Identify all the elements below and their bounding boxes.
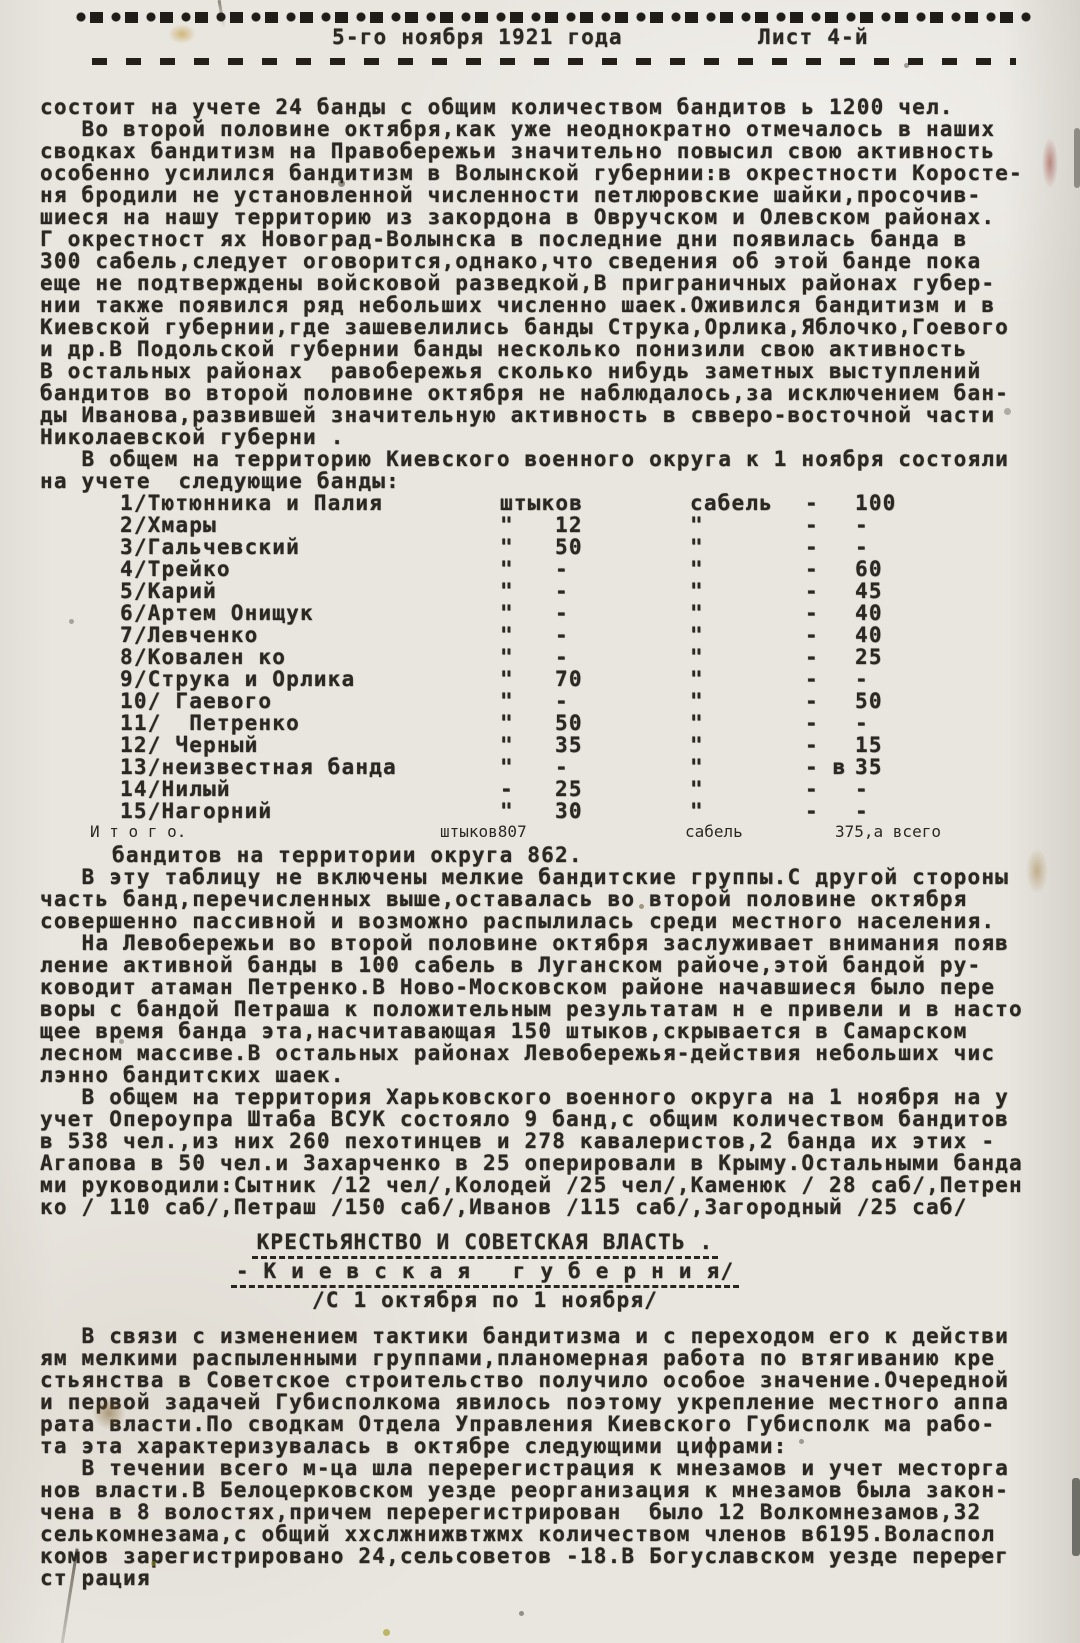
band-row: 2/Хмары"12"-- bbox=[40, 514, 1054, 536]
band-cell: " bbox=[500, 756, 555, 778]
band-cell: " bbox=[500, 514, 555, 536]
totals-sabres-value: 375,а всего bbox=[835, 822, 941, 841]
band-cell: 100 bbox=[855, 492, 1054, 514]
band-cell: 15 bbox=[855, 734, 1054, 756]
band-cell: 70 bbox=[555, 668, 690, 690]
band-cell: 30 bbox=[555, 800, 690, 822]
band-cell: " bbox=[500, 668, 555, 690]
band-cell: - bbox=[805, 668, 855, 690]
band-row: 6/Артем Онищук"-"-40 bbox=[40, 602, 1054, 624]
text-line: и др.В Подольской губернии банды несколь… bbox=[40, 338, 1054, 360]
band-cell: - bbox=[555, 558, 690, 580]
band-cell: " bbox=[500, 646, 555, 668]
text-line: в 538 чел.,из них 260 пехотинцев и 278 к… bbox=[40, 1130, 1054, 1152]
band-cell: " bbox=[690, 778, 805, 800]
band-cell: 45 bbox=[855, 580, 1054, 602]
band-name: 5/Карий bbox=[120, 580, 500, 602]
band-cell: 60 bbox=[855, 558, 1054, 580]
text-line: еще не подтверждены войсковой разведкой,… bbox=[40, 272, 1054, 294]
band-cell: " bbox=[500, 690, 555, 712]
band-row: 12/ Черный"35"-15 bbox=[40, 734, 1054, 756]
band-row: 1/Тютюнника и Палияштыковсабель-100 bbox=[40, 492, 1054, 514]
text-line: нов власти.В Белоцерковском уезде реорга… bbox=[40, 1479, 1054, 1501]
band-cell: 50 bbox=[855, 690, 1054, 712]
heading-title-text: КРЕСТЬЯНСТВО И СОВЕТСКАЯ ВЛАСТЬ . bbox=[252, 1230, 719, 1259]
band-cell: - bbox=[805, 646, 855, 668]
band-cell: 50 bbox=[555, 712, 690, 734]
band-name: 7/Левченко bbox=[120, 624, 500, 646]
text-line: Во второй половине октября,как уже неодн… bbox=[40, 118, 1054, 140]
band-cell: - bbox=[805, 558, 855, 580]
band-name: 11/ Петренко bbox=[120, 712, 500, 734]
sheet-number: Лист 4-й bbox=[758, 26, 869, 48]
band-cell: 12 bbox=[555, 514, 690, 536]
band-cell: сабель bbox=[690, 492, 805, 514]
text-line: комов зарегистрировано 24,сельсоветов -1… bbox=[40, 1545, 1054, 1567]
band-cell: - в bbox=[805, 756, 855, 778]
band-cell: - bbox=[855, 778, 1054, 800]
band-cell: " bbox=[500, 558, 555, 580]
text-line: ды Иванова,развившей значительную активн… bbox=[40, 404, 1054, 426]
band-name: 15/Нагорний bbox=[120, 800, 500, 822]
band-cell: - bbox=[855, 536, 1054, 558]
band-cell: - bbox=[555, 580, 690, 602]
band-name: 8/Ковален ко bbox=[120, 646, 500, 668]
band-cell: штыков bbox=[500, 492, 555, 514]
text-line: лесном массиве.В остальных районах Левоб… bbox=[40, 1042, 1054, 1064]
band-row: 14/Нилый-25"-- bbox=[40, 778, 1054, 800]
text-line: совершенно пассивной и возможно распылил… bbox=[40, 910, 1054, 932]
text-line: ление активной банды в 100 сабель в Луга… bbox=[40, 954, 1054, 976]
text-line: сводках бандитизм на Правобережьи значит… bbox=[40, 140, 1054, 162]
report-date: 5-го ноября 1921 года bbox=[332, 26, 623, 48]
band-cell: 25 bbox=[555, 778, 690, 800]
band-cell: - bbox=[555, 756, 690, 778]
band-cell: - bbox=[855, 668, 1054, 690]
band-cell: 40 bbox=[855, 602, 1054, 624]
text-line: состоит на учете 24 банды с общим количе… bbox=[40, 96, 1054, 118]
text-line: 300 сабель,следует оговорится,однако,что… bbox=[40, 250, 1054, 272]
band-name: 14/Нилый bbox=[120, 778, 500, 800]
band-cell: " bbox=[690, 624, 805, 646]
band-cell: " bbox=[500, 536, 555, 558]
band-cell: " bbox=[690, 668, 805, 690]
text-line: рата власти.По сводкам Отдела Управления… bbox=[40, 1413, 1054, 1435]
text-line: ководит атаман Петренко.В Ново-Московско… bbox=[40, 976, 1054, 998]
paragraph-intro: состоит на учете 24 банды с общим количе… bbox=[40, 96, 1054, 118]
band-cell: - bbox=[805, 734, 855, 756]
text-line: В связи с изменением тактики бандитизма … bbox=[40, 1325, 1054, 1347]
text-line: ст рация bbox=[40, 1567, 1054, 1589]
band-name: 1/Тютюнника и Палия bbox=[120, 492, 500, 514]
text-line: ям мелкими распыленными группами,планоме… bbox=[40, 1347, 1054, 1369]
band-name: 9/Струка и Орлика bbox=[120, 668, 500, 690]
band-name: 13/неизвестная банда bbox=[120, 756, 500, 778]
paragraph-right-bank-overview: Во второй половине октября,как уже неодн… bbox=[40, 118, 1054, 448]
scanned-typewritten-report-page: { "colors": { "paper": "#e9e6e0", "ink":… bbox=[0, 0, 1080, 1643]
band-cell: - bbox=[805, 712, 855, 734]
text-line: воры с бандой Петраша к положительным ре… bbox=[40, 998, 1054, 1020]
text-line: ко / 110 саб/,Петраш /150 саб/,Иванов /1… bbox=[40, 1196, 1054, 1218]
band-name: 3/Гальчевский bbox=[120, 536, 500, 558]
band-cell: " bbox=[690, 558, 805, 580]
paragraph-kiev-okrug-intro: В общем на территорию Киевского военного… bbox=[40, 448, 1054, 492]
band-name: 4/Трейко bbox=[120, 558, 500, 580]
band-cell: - bbox=[555, 646, 690, 668]
text-line: бандитов во второй половине октября не н… bbox=[40, 382, 1054, 404]
text-line: В остальных районах равобережья сколько … bbox=[40, 360, 1054, 382]
text-line: селькомнезама,с общий ххслжнижвтжмх коли… bbox=[40, 1523, 1054, 1545]
band-cell: " bbox=[500, 602, 555, 624]
heading-title: КРЕСТЬЯНСТВО И СОВЕТСКАЯ ВЛАСТЬ . bbox=[0, 1230, 992, 1259]
band-row: 15/Нагорний"30"-- bbox=[40, 800, 1054, 822]
text-line: учет Опероупра Штаба ВСУК состояло 9 бан… bbox=[40, 1108, 1054, 1130]
band-cell: - bbox=[805, 602, 855, 624]
text-line: лэнно бандитских шаек. bbox=[40, 1064, 1054, 1086]
totals-bayonets: штыков807 bbox=[440, 822, 527, 841]
band-cell: " bbox=[500, 580, 555, 602]
text-line: щее время банда эта,насчитавающая 150 шт… bbox=[40, 1020, 1054, 1042]
totals-sabres-label: сабель bbox=[685, 822, 743, 841]
band-name: 2/Хмары bbox=[120, 514, 500, 536]
text-line: В общем на территорию Киевского военного… bbox=[40, 448, 1054, 470]
text-line: Г окрестност ях Новоград-Волынска в посл… bbox=[40, 228, 1054, 250]
text-line: та эта характеризувалась в октябре следу… bbox=[40, 1435, 1054, 1457]
text-line: особенно усилился бандитизм в Волынской … bbox=[40, 162, 1054, 184]
text-line: чена в 8 волостях,причем перерегистриров… bbox=[40, 1501, 1054, 1523]
band-cell: " bbox=[500, 624, 555, 646]
band-cell: " bbox=[690, 712, 805, 734]
text-line: Николаевской губерни . bbox=[40, 426, 1054, 448]
band-cell: " bbox=[690, 734, 805, 756]
text-line: и первой задачей Губисполкома явилось по… bbox=[40, 1391, 1054, 1413]
paragraph-peasantry: В связи с изменением тактики бандитизма … bbox=[40, 1325, 1054, 1589]
bands-table-totals: И т о г о. штыков807 сабель 375,а всего bbox=[40, 822, 1054, 844]
band-cell: " bbox=[690, 756, 805, 778]
band-cell: - bbox=[805, 492, 855, 514]
band-cell: " bbox=[500, 712, 555, 734]
band-cell: 35 bbox=[555, 734, 690, 756]
text-line: часть банд,перечисленных выше,оставалась… bbox=[40, 888, 1054, 910]
band-cell: - bbox=[805, 580, 855, 602]
band-cell: " bbox=[690, 580, 805, 602]
document-body: состоит на учете 24 банды с общим количе… bbox=[40, 96, 1054, 1589]
band-row: 11/ Петренко"50"-- bbox=[40, 712, 1054, 734]
band-cell: 25 bbox=[855, 646, 1054, 668]
band-row: 10/ Гаевого"-"-50 bbox=[40, 690, 1054, 712]
text-line: В течении всего м-ца шла перерегистрация… bbox=[40, 1457, 1054, 1479]
heading-province: - К и е в с к а я г у б е р н и я/ bbox=[0, 1259, 992, 1288]
band-row: 7/Левченко"-"-40 bbox=[40, 624, 1054, 646]
text-line: на учете следующие банды: bbox=[40, 470, 1054, 492]
band-cell: - bbox=[855, 514, 1054, 536]
totals-continuation: бандитов на территории округа 862. bbox=[40, 844, 1054, 866]
band-cell: " bbox=[690, 602, 805, 624]
band-cell: " bbox=[500, 800, 555, 822]
band-cell: - bbox=[855, 800, 1054, 822]
band-cell: - bbox=[805, 536, 855, 558]
scan-edge-mark bbox=[1074, 128, 1080, 188]
heading-period: /С 1 октября по 1 ноября/ bbox=[0, 1288, 992, 1313]
band-cell bbox=[555, 492, 690, 514]
band-cell: - bbox=[805, 624, 855, 646]
text-line: На Левобережьи во второй половине октябр… bbox=[40, 932, 1054, 954]
text-line: нии также появился ряд небольших численн… bbox=[40, 294, 1054, 316]
band-cell: - bbox=[555, 602, 690, 624]
band-cell: " bbox=[500, 734, 555, 756]
band-cell: - bbox=[855, 712, 1054, 734]
totals-label: И т о г о. bbox=[90, 822, 186, 841]
paragraph-left-bank: В эту таблицу не включены мелкие бандитс… bbox=[40, 866, 1054, 1218]
dashed-rule-under-header bbox=[92, 58, 1016, 65]
band-row: 9/Струка и Орлика"70"-- bbox=[40, 668, 1054, 690]
band-cell: - bbox=[805, 778, 855, 800]
text-line: шиеся на нашу территорию из закордона в … bbox=[40, 206, 1054, 228]
band-cell: 50 bbox=[555, 536, 690, 558]
page-header: 5-го ноября 1921 года Лист 4-й bbox=[0, 26, 1080, 52]
band-cell: - bbox=[805, 800, 855, 822]
band-row: 3/Гальчевский"50"-- bbox=[40, 536, 1054, 558]
band-cell: 40 bbox=[855, 624, 1054, 646]
band-row: 8/Ковален ко"-"-25 bbox=[40, 646, 1054, 668]
band-cell: " bbox=[690, 800, 805, 822]
band-cell: " bbox=[690, 690, 805, 712]
band-cell: 35 bbox=[855, 756, 1054, 778]
band-name: 10/ Гаевого bbox=[120, 690, 500, 712]
band-cell: " bbox=[690, 514, 805, 536]
paper-specks bbox=[0, 0, 3, 3]
band-cell: - bbox=[500, 778, 555, 800]
band-cell: - bbox=[805, 690, 855, 712]
dashed-rule-top bbox=[72, 12, 1034, 23]
band-name: 6/Артем Онищук bbox=[120, 602, 500, 624]
text-line: В эту таблицу не включены мелкие бандитс… bbox=[40, 866, 1054, 888]
text-line: стьянства в Советское строительство полу… bbox=[40, 1369, 1054, 1391]
band-row: 13/неизвестная банда"-"- в35 bbox=[40, 756, 1054, 778]
band-cell: " bbox=[690, 646, 805, 668]
heading-province-text: - К и е в с к а я г у б е р н и я/ bbox=[231, 1259, 739, 1288]
band-cell: " bbox=[690, 536, 805, 558]
text-line: В общем на территория Харьковского военн… bbox=[40, 1086, 1054, 1108]
scan-edge-mark bbox=[1072, 1478, 1080, 1556]
band-name: 12/ Черный bbox=[120, 734, 500, 756]
band-cell: - bbox=[555, 690, 690, 712]
bands-table: 1/Тютюнника и Палияштыковсабель-1002/Хма… bbox=[40, 492, 1054, 822]
text-line: Агапова в 50 чел.и Захарченко в 25 опери… bbox=[40, 1152, 1054, 1174]
band-row: 5/Карий"-"-45 bbox=[40, 580, 1054, 602]
band-cell: - bbox=[555, 624, 690, 646]
text-line: ня бродили не установленной численности … bbox=[40, 184, 1054, 206]
band-row: 4/Трейко"-"-60 bbox=[40, 558, 1054, 580]
section-heading: КРЕСТЬЯНСТВО И СОВЕТСКАЯ ВЛАСТЬ . - К и … bbox=[0, 1230, 992, 1313]
text-line: Киевской губернии,где зашевелились банды… bbox=[40, 316, 1054, 338]
band-cell: - bbox=[805, 514, 855, 536]
text-line: ми руководили:Сытник /12 чел/,Колодей /2… bbox=[40, 1174, 1054, 1196]
